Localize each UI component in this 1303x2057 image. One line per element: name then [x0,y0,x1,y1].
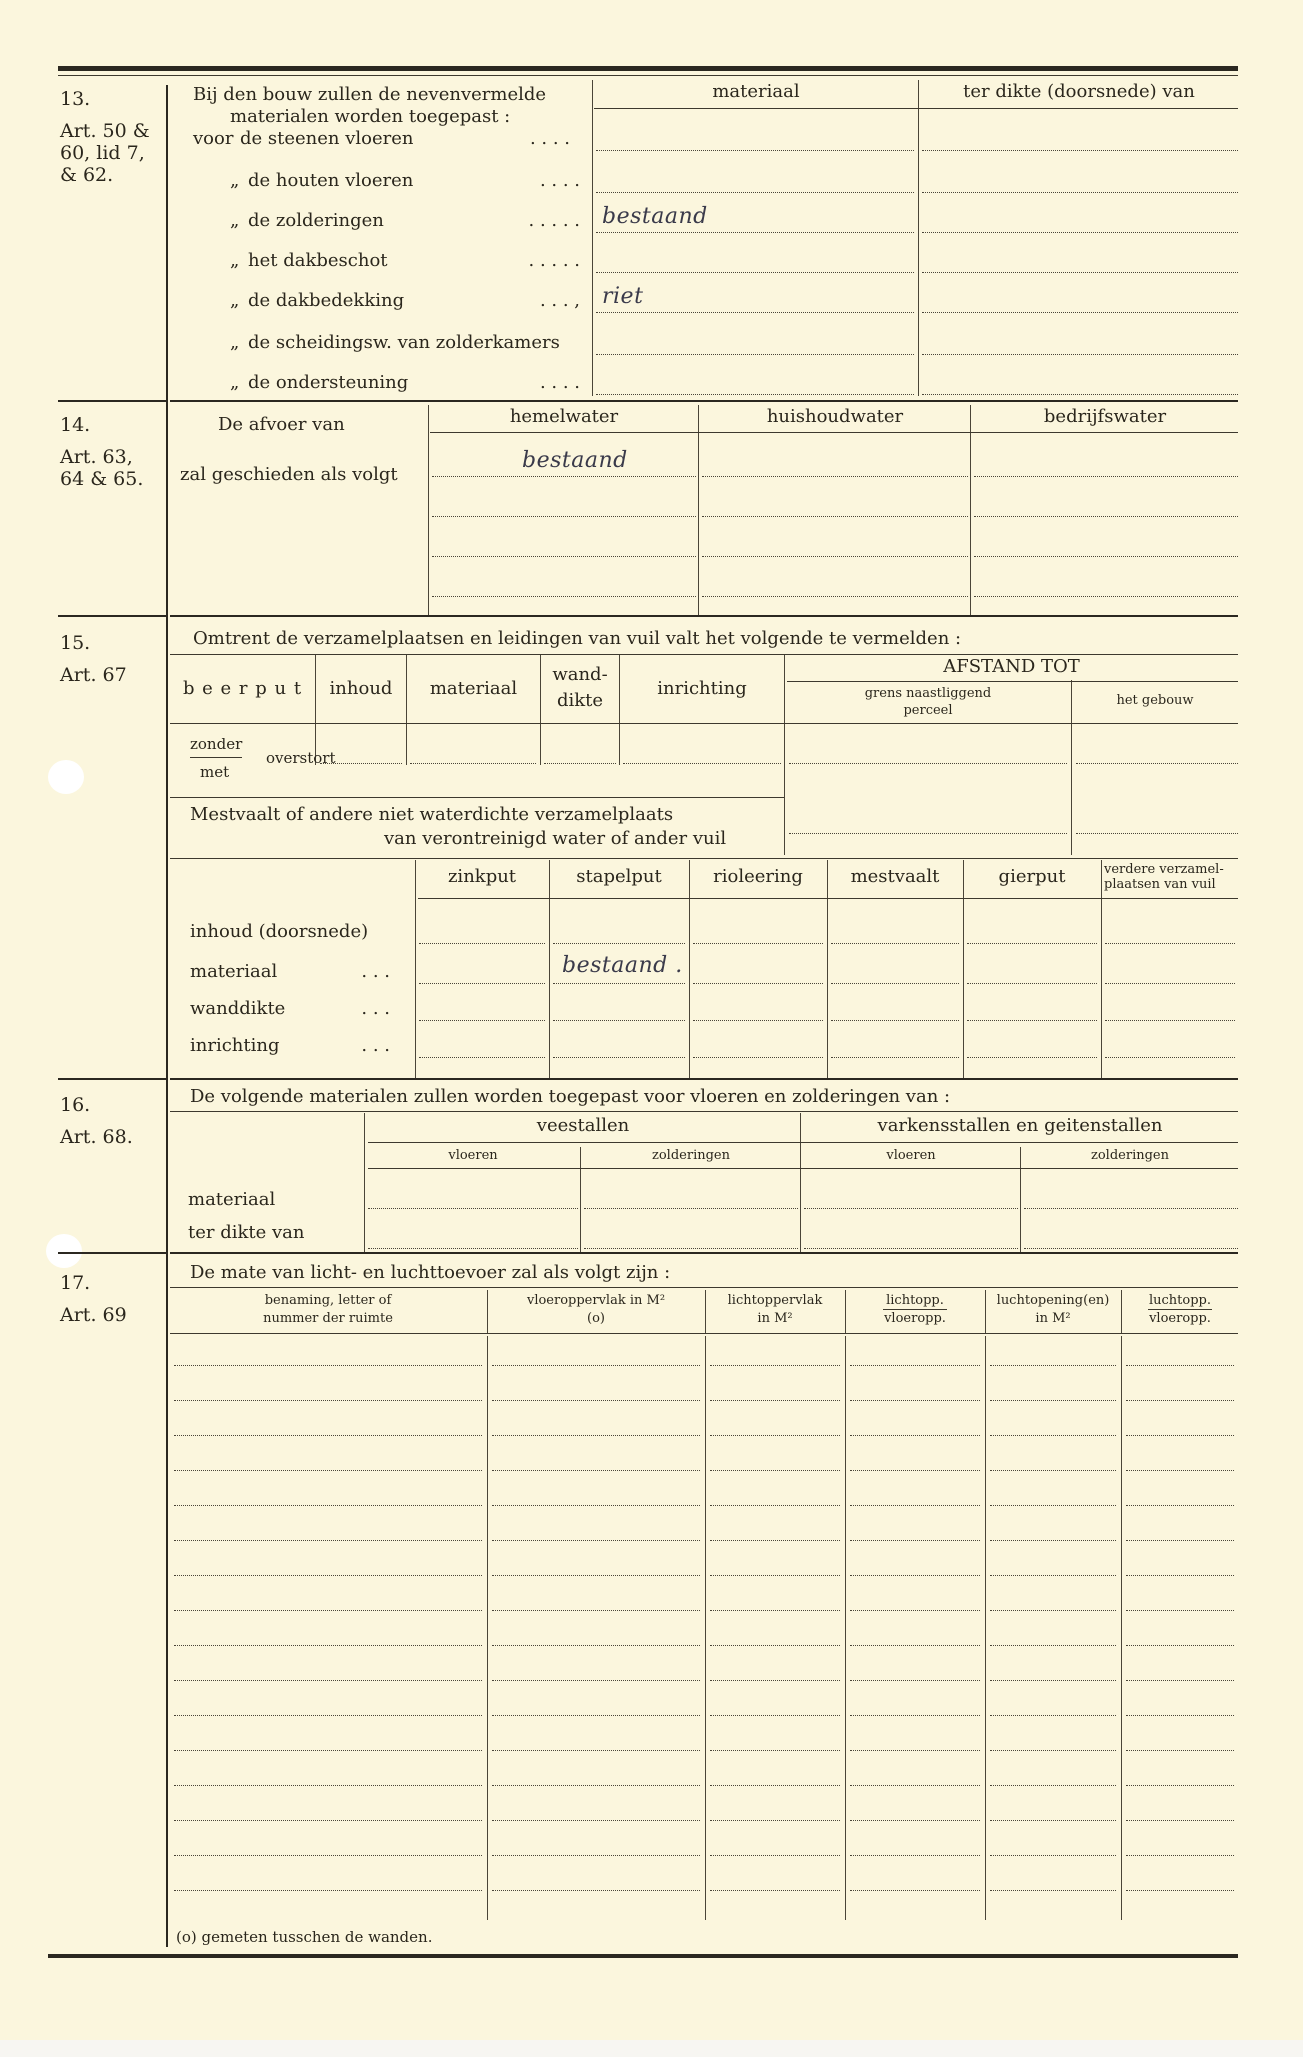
fill-line[interactable] [1126,1890,1234,1891]
fill-line[interactable] [368,1248,578,1249]
fill-line [967,1057,1097,1058]
fill-line [596,192,914,193]
fill-line [1105,1057,1235,1058]
fill-line[interactable] [492,1575,700,1576]
fill-line[interactable] [584,1248,798,1249]
fill-line[interactable] [710,1855,840,1856]
fill-line[interactable] [174,1750,482,1751]
header-rule [170,1333,1238,1334]
column-header: vloeropp. [846,1311,984,1326]
fill-line [922,272,1238,273]
section-rule [170,400,1238,402]
fill-line [967,1020,1097,1021]
intro-rule [170,654,1238,655]
fill-line[interactable] [850,1365,980,1366]
fill-line [432,556,696,557]
fill-line[interactable] [174,1715,482,1716]
fill-line[interactable] [1126,1400,1234,1401]
subcolumn-header: zolderingen [582,1148,800,1163]
article-ref: Art. 67 [60,662,127,688]
fill-line [623,763,781,764]
column-divider [985,1336,986,1920]
fill-line[interactable] [710,1820,840,1821]
fill-line[interactable] [174,1400,482,1401]
materiaal-value[interactable]: riet [602,284,643,309]
intro-rule [170,1287,1238,1288]
subcolumn-header: vloeren [366,1148,580,1163]
fill-line[interactable] [492,1680,700,1681]
column-divider [827,860,828,1078]
fill-line[interactable] [174,1890,482,1891]
header-rule [368,1168,1238,1169]
mestvaalt-text: van verontreinigd water of ander vuil [384,828,726,849]
put-row-label: wanddikte [190,998,285,1019]
column-header: luchtopening(en) [986,1293,1120,1308]
fill-line [702,476,968,477]
fill-line [596,394,914,395]
article-ref: Art. 68. [60,1124,133,1150]
section-rule [58,1078,166,1080]
column-divider [619,655,620,765]
fill-line[interactable] [990,1820,1116,1821]
overstort-zonder: zonder [190,735,242,753]
section-intro: De volgende materialen zullen worden toe… [190,1086,950,1107]
material-row-label: de zolderingen [248,210,384,231]
header-rule [430,432,1238,433]
fill-line [432,596,696,597]
column-divider [1121,1336,1122,1920]
fill-line [789,833,1067,834]
column-header-afstand: AFSTAND TOT [785,656,1238,677]
fill-line [702,596,968,597]
header-rule [170,723,1238,724]
fill-line [693,1020,823,1021]
fill-line [553,983,685,984]
section-rule [58,400,166,402]
column-divider [428,405,429,615]
fill-line[interactable] [990,1855,1116,1856]
column-header: inrichting [620,678,784,699]
put-row-label: materiaal [190,961,277,982]
fill-line[interactable] [1126,1715,1234,1716]
fill-line[interactable] [710,1470,840,1471]
column-header: in M² [706,1311,844,1326]
column-header-materiaal: materiaal [594,81,918,102]
fill-line[interactable] [710,1400,840,1401]
fill-line[interactable] [492,1785,700,1786]
column-divider [784,655,785,855]
group-header: varkensstallen en geitenstallen [802,1115,1238,1136]
mestvaalt-text: Mestvaalt of andere niet waterdichte ver… [190,804,673,825]
column-header: verdere verzamel- [1104,862,1224,877]
column-header: (o) [488,1311,704,1326]
fill-line [702,516,968,517]
leader-dots: . . . . [440,128,570,149]
fill-line[interactable] [492,1820,700,1821]
section-number: 13. [60,86,90,112]
fill-line[interactable] [492,1855,700,1856]
column-header: lichtopp. [846,1293,984,1308]
put-value[interactable]: bestaand . [562,953,683,978]
column-header: plaatsen van vuil [1104,877,1216,892]
fill-line[interactable] [850,1400,980,1401]
fill-line[interactable] [492,1505,700,1506]
fraction-rule [883,1309,947,1310]
fill-line [922,192,1238,193]
leader-dots: . . . [300,961,390,982]
fill-line[interactable] [990,1435,1116,1436]
fill-line [693,943,823,944]
column-header-dikte: ter dikte (doorsnede) van [920,81,1238,102]
fill-line [831,983,959,984]
column-header: in M² [986,1311,1120,1326]
fill-line[interactable] [710,1680,840,1681]
fill-line [320,763,402,764]
row-prefix: „ [230,250,239,271]
column-header: vloeropp. [1122,1311,1238,1326]
fill-line [974,596,1238,597]
column-divider [689,860,690,1078]
column-divider [1020,1147,1021,1253]
top-rule-thin [58,75,1238,76]
leader-dots: . . . . . [450,210,580,231]
fill-line[interactable] [492,1365,700,1366]
afvoer-value[interactable]: bestaand [522,448,628,473]
fill-line[interactable] [1126,1680,1234,1681]
fill-line[interactable] [1126,1785,1234,1786]
row-label: ter dikte van [188,1222,305,1243]
fill-line[interactable] [492,1715,700,1716]
fill-line[interactable] [584,1208,798,1209]
article-ref: & 62. [60,162,113,188]
fill-line [922,394,1238,395]
fill-line [432,476,696,477]
fill-line[interactable] [990,1505,1116,1506]
fill-line[interactable] [1126,1365,1234,1366]
fill-line[interactable] [174,1645,482,1646]
fill-line[interactable] [492,1890,700,1891]
fill-line[interactable] [1126,1505,1234,1506]
column-header: gierput [964,866,1100,887]
fill-line[interactable] [990,1890,1116,1891]
fill-line[interactable] [710,1610,840,1611]
column-header: hemelwater [430,406,698,427]
fill-line[interactable] [174,1365,482,1366]
section-number: 14. [60,412,90,438]
column-divider [406,655,407,765]
fill-line [702,556,968,557]
fill-line[interactable] [990,1610,1116,1611]
section-intro: materialen worden toegepast : [230,106,510,127]
column-header: huishoudwater [700,406,970,427]
fraction-rule [190,757,242,758]
fill-line[interactable] [710,1435,840,1436]
fill-line[interactable] [1126,1645,1234,1646]
fill-line[interactable] [492,1610,700,1611]
fill-line[interactable] [1024,1208,1238,1209]
fill-line [1105,1020,1235,1021]
section-column-divider [166,85,168,1947]
group-header: veestallen [366,1115,800,1136]
fill-line [553,1057,685,1058]
fill-line[interactable] [710,1540,840,1541]
fill-line[interactable] [990,1470,1116,1471]
column-divider [487,1336,488,1920]
material-row-label: de steenen vloeren [240,128,414,149]
fill-line[interactable] [990,1680,1116,1681]
section-intro: Bij den bouw zullen de nevenvermelde [193,84,546,105]
section-rule [170,1252,1238,1254]
fill-line[interactable] [850,1855,980,1856]
fill-line [419,983,545,984]
column-header: dikte [541,690,619,711]
fill-line[interactable] [850,1610,980,1611]
fill-line [974,556,1238,557]
subcolumn-header: vloeren [802,1148,1020,1163]
header-rule [368,1142,1238,1143]
header-rule [418,898,1238,899]
section-intro: Omtrent de verzamelplaatsen en leidingen… [193,628,961,649]
column-divider [364,1113,365,1253]
fill-line[interactable] [710,1645,840,1646]
fill-line[interactable] [850,1505,980,1506]
fill-line[interactable] [174,1470,482,1471]
column-header: mestvaalt [828,866,962,887]
fill-line [596,312,914,313]
fill-line [831,943,959,944]
section-number: 17. [60,1270,90,1296]
fill-line[interactable] [1126,1610,1234,1611]
column-header: wand- [541,664,619,685]
column-divider [845,1336,846,1920]
afvoer-label: De afvoer van [218,414,345,435]
fill-line [693,983,823,984]
fill-line[interactable] [368,1208,578,1209]
fill-line[interactable] [850,1470,980,1471]
fill-line[interactable] [1126,1820,1234,1821]
section-number: 15. [60,630,90,656]
fill-line[interactable] [850,1785,980,1786]
column-header: benaming, letter of [170,1293,486,1308]
fill-line[interactable] [990,1645,1116,1646]
fill-line[interactable] [990,1750,1116,1751]
page-edge [0,2040,1303,2057]
fill-line[interactable] [174,1610,482,1611]
afvoer-label: zal geschieden als volgt [180,464,398,485]
fill-line [596,150,914,151]
fill-line [967,983,1097,984]
fill-line [596,354,914,355]
fill-line [693,1057,823,1058]
fill-line[interactable] [990,1785,1116,1786]
fill-line[interactable] [850,1750,980,1751]
fill-line [596,232,914,233]
bottom-rule [48,1954,1238,1958]
fill-line[interactable] [710,1505,840,1506]
fill-line[interactable] [850,1575,980,1576]
column-divider [698,405,699,615]
column-divider [918,80,919,396]
section-intro: De mate van licht- en luchttoevoer zal a… [190,1262,670,1283]
column-header: zinkput [416,866,548,887]
fill-line [922,150,1238,151]
fill-line[interactable] [492,1750,700,1751]
leader-dots: . . . [300,1035,390,1056]
column-header: bedrijfswater [972,406,1238,427]
fill-line[interactable] [804,1208,1018,1209]
put-row-label: inhoud (doorsnede) [190,921,368,942]
fill-line [1105,943,1235,944]
fill-line[interactable] [492,1435,700,1436]
column-header: luchtopp. [1122,1293,1238,1308]
fill-line [1105,983,1235,984]
column-divider [970,405,971,615]
column-header: materiaal [407,678,540,699]
beerput-header: b e e r p u t [170,678,315,699]
overstort-met: met [200,763,229,781]
fill-line[interactable] [1024,1248,1238,1249]
fill-line [419,943,545,944]
fill-line[interactable] [990,1715,1116,1716]
column-divider [963,860,964,1078]
fill-line[interactable] [1126,1750,1234,1751]
material-row-label: de ondersteuning [248,372,408,393]
column-header: vloeroppervlak in M² [488,1293,704,1308]
fill-line [596,272,914,273]
fill-line[interactable] [492,1540,700,1541]
fill-line [974,476,1238,477]
fill-line[interactable] [710,1750,840,1751]
fill-line [922,232,1238,233]
materiaal-value[interactable]: bestaand [602,204,708,229]
punch-hole [48,760,84,794]
fill-line[interactable] [850,1540,980,1541]
fill-line[interactable] [174,1435,482,1436]
fill-line [922,354,1238,355]
row-prefix: „ [230,290,239,311]
column-divider [705,1336,706,1920]
fill-line[interactable] [710,1890,840,1891]
fill-line[interactable] [850,1645,980,1646]
fill-line [553,943,685,944]
column-header: lichtoppervlak [706,1293,844,1308]
fill-line[interactable] [850,1890,980,1891]
column-header: het gebouw [1072,693,1238,708]
fill-line[interactable] [990,1365,1116,1366]
fill-line[interactable] [174,1505,482,1506]
subcolumn-header: zolderingen [1022,1148,1238,1163]
fill-line[interactable] [1126,1435,1234,1436]
row-prefix: voor [193,128,233,149]
column-divider [580,1147,581,1253]
article-ref: 64 & 65. [60,466,143,492]
fill-line [967,943,1097,944]
footnote: (o) gemeten tusschen de wanden. [176,1928,432,1946]
column-header: grens naastliggend [785,686,1071,701]
column-divider [800,1113,801,1253]
column-divider [1101,860,1102,1078]
fill-line [922,312,1238,313]
fill-line[interactable] [174,1540,482,1541]
fill-line [831,1020,959,1021]
fraction-rule [1148,1309,1212,1310]
put-row-label: inrichting [190,1035,280,1056]
header-rule [594,108,1238,109]
fill-line[interactable] [850,1715,980,1716]
fill-line [419,1057,545,1058]
fill-line[interactable] [850,1680,980,1681]
fill-line[interactable] [492,1470,700,1471]
column-header: rioleering [690,866,826,887]
fill-line[interactable] [990,1575,1116,1576]
fill-line[interactable] [1126,1470,1234,1471]
row-prefix: „ [230,170,239,191]
row-rule [170,797,784,798]
fill-line[interactable] [1126,1575,1234,1576]
fill-line[interactable] [174,1820,482,1821]
row-prefix: „ [230,372,239,393]
column-header: nummer der ruimte [170,1311,486,1326]
row-rule [170,858,1238,859]
fill-line[interactable] [174,1785,482,1786]
fill-line[interactable] [990,1400,1116,1401]
section-number: 16. [60,1092,90,1118]
fill-line[interactable] [710,1365,840,1366]
fill-line [419,1020,545,1021]
fill-line[interactable] [710,1715,840,1716]
row-prefix: „ [230,332,239,353]
section-rule [170,1078,1238,1080]
fill-line[interactable] [174,1575,482,1576]
row-prefix: „ [230,210,239,231]
column-header: inhoud [316,678,406,699]
fill-line[interactable] [850,1820,980,1821]
column-header: perceel [785,703,1071,718]
column-header: stapelput [550,866,688,887]
top-rule [58,66,1238,71]
fill-line[interactable] [850,1435,980,1436]
column-divider [549,860,550,1078]
fill-line[interactable] [710,1785,840,1786]
fill-line[interactable] [492,1400,700,1401]
column-divider [592,80,593,396]
intro-rule [170,1111,1238,1112]
section-rule [58,1252,166,1254]
punch-hole [46,1234,82,1268]
fill-line[interactable] [804,1248,1018,1249]
fill-line [789,763,1067,764]
material-row-label: de scheidingsw. van zolderkamers [248,332,560,353]
fill-line [553,1020,685,1021]
leader-dots: . . . . [450,372,580,393]
fill-line [432,516,696,517]
fill-line[interactable] [1126,1855,1234,1856]
row-label: materiaal [188,1189,275,1210]
fill-line[interactable] [990,1540,1116,1541]
fill-line[interactable] [492,1645,700,1646]
material-row-label: het dakbeschot [248,250,388,271]
section-rule [58,615,166,617]
fill-line[interactable] [1126,1540,1234,1541]
overstort-label: overstort [266,749,336,767]
fill-line[interactable] [174,1855,482,1856]
fill-line [544,763,616,764]
leader-dots: . . . , [450,290,580,311]
leader-dots: . . . [300,998,390,1019]
fill-line[interactable] [174,1680,482,1681]
fill-line[interactable] [710,1575,840,1576]
fill-line [410,763,536,764]
